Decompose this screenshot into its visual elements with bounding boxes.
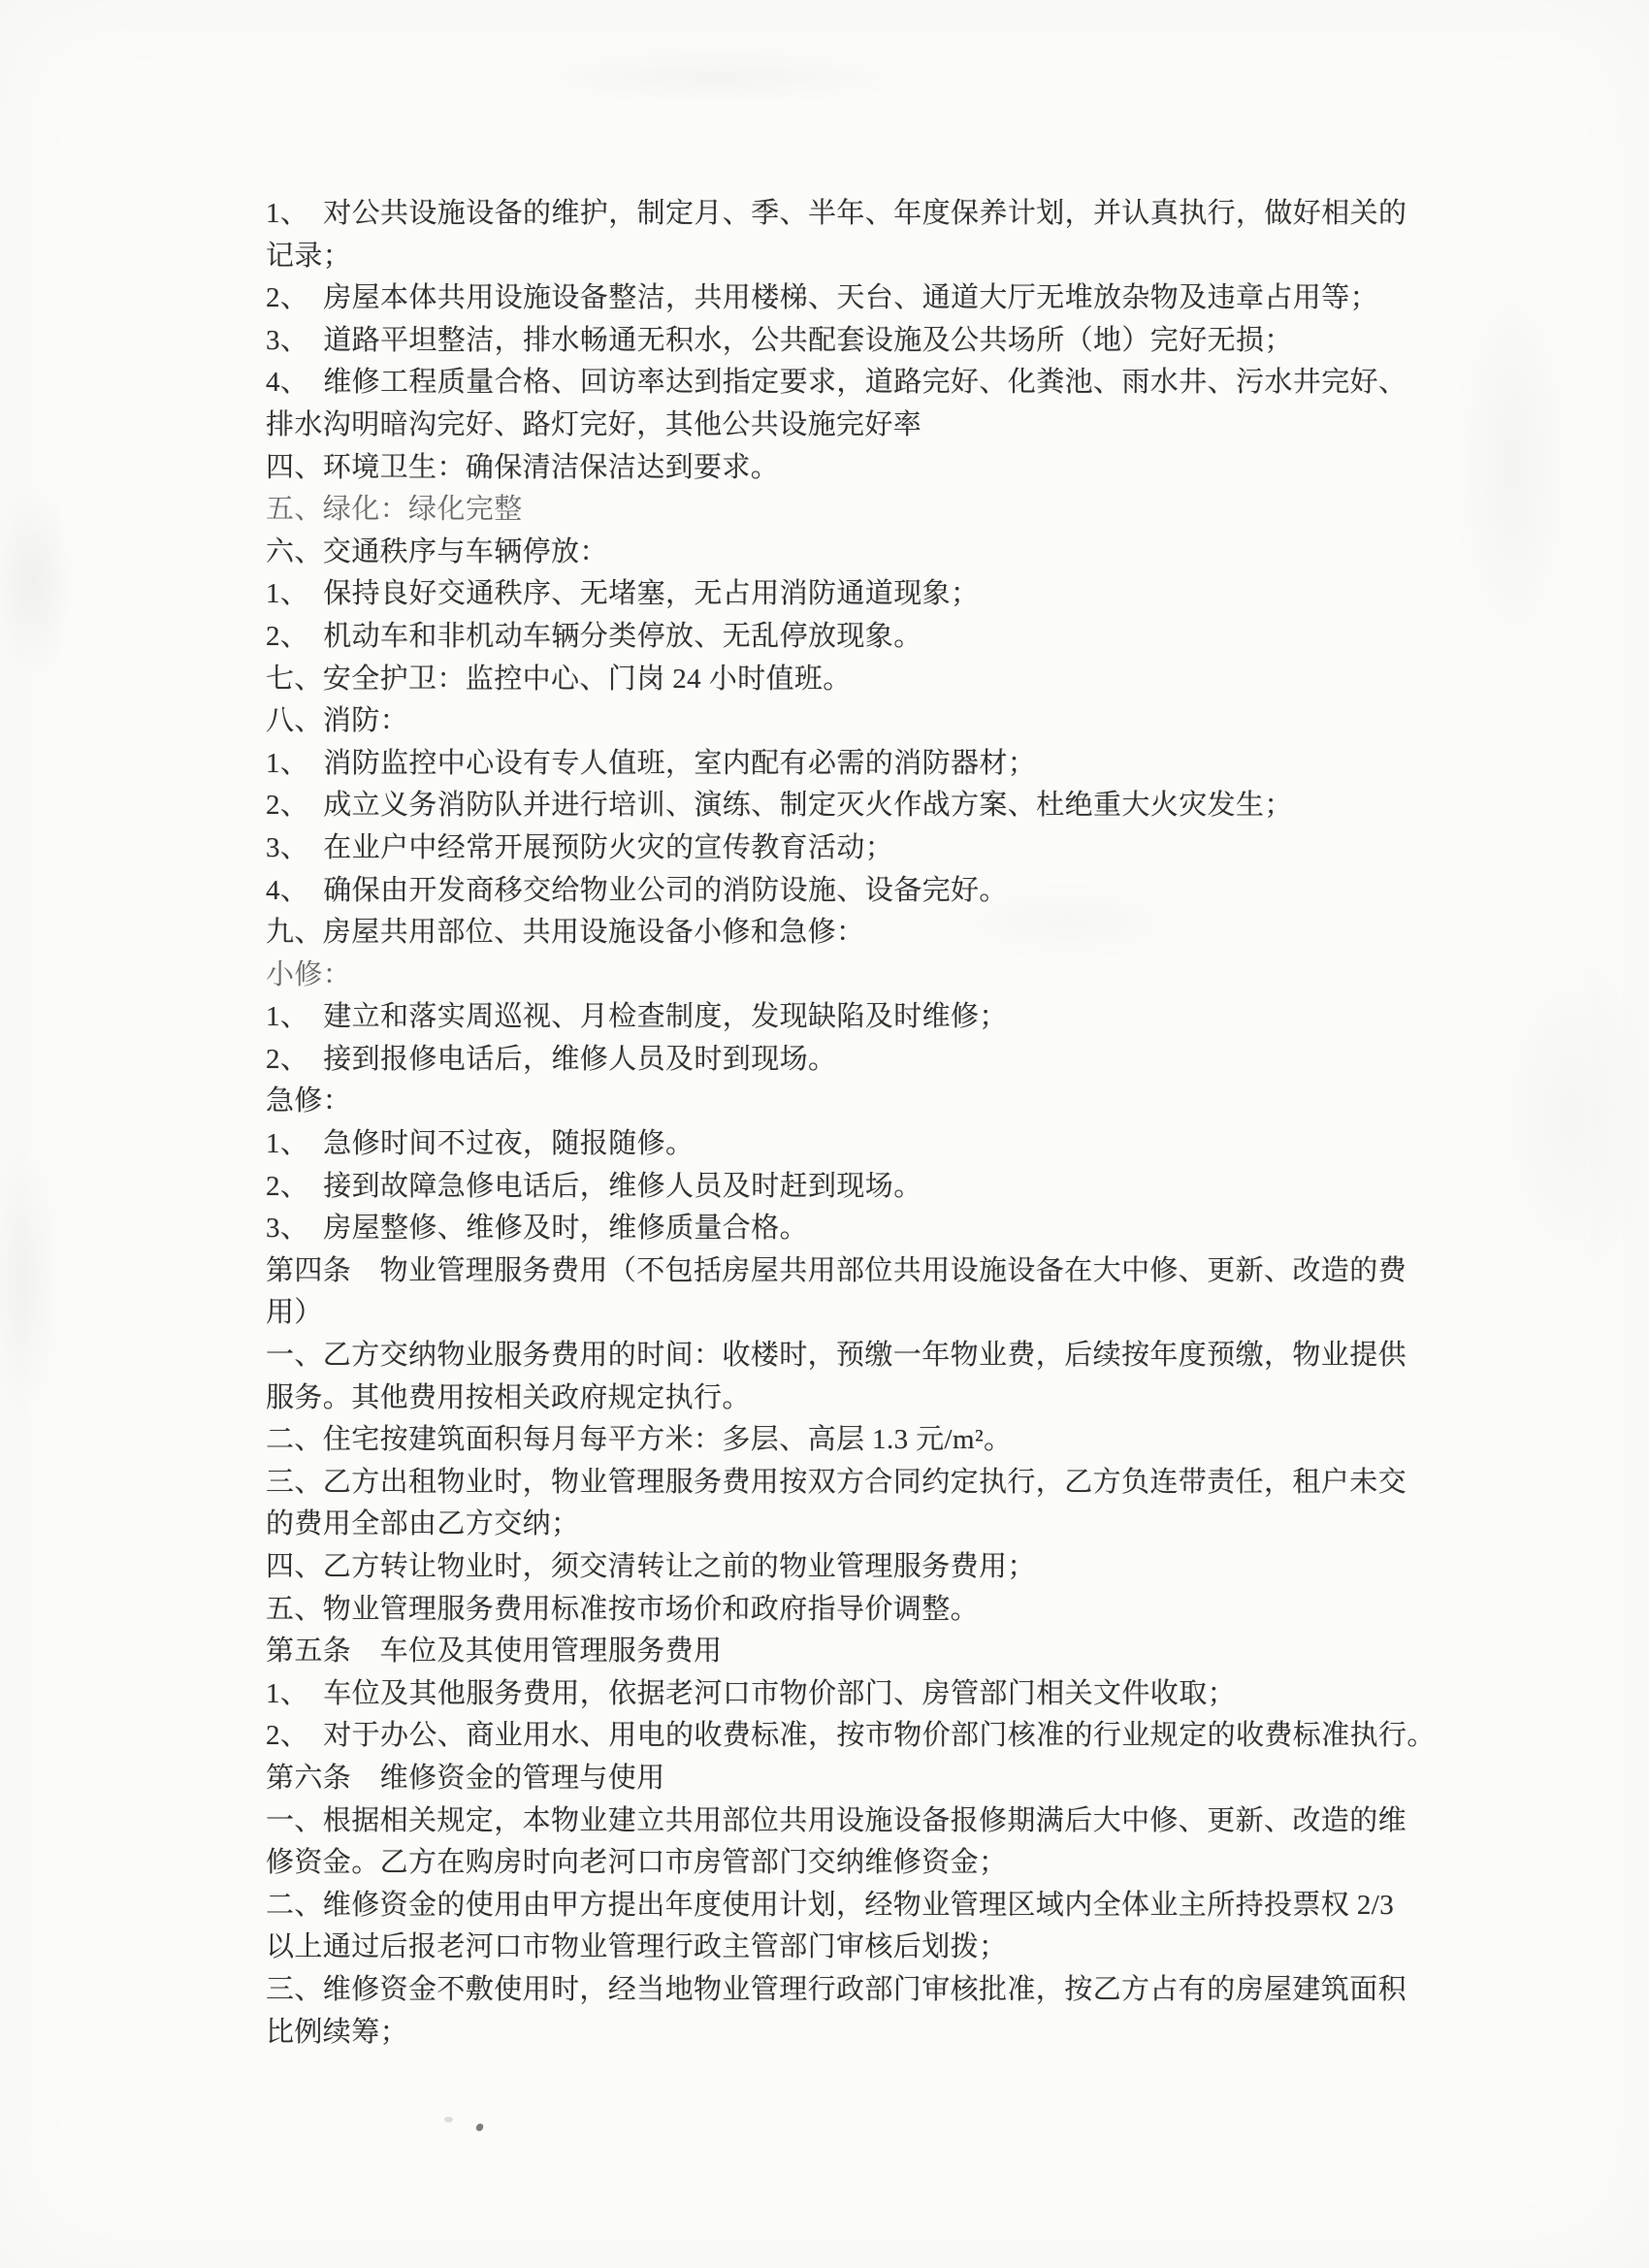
text-line-21: 2、 接到报修电话后，维修人员及时到现场。 bbox=[266, 1039, 1469, 1082]
text-line-10: 1、 保持良好交通秩序、无堵塞，无占用消防通道现象； bbox=[266, 573, 1469, 616]
text-line-44: 比例续筹； bbox=[266, 2012, 1469, 2055]
text-line-4: 3、 道路平坦整洁，排水畅通无积水，公共配套设施及公共场所（地）完好无损； bbox=[266, 320, 1469, 363]
text-line-38: 第六条 维修资金的管理与使用 bbox=[266, 1758, 1469, 1800]
text-line-18: 九、房屋共用部位、共用设施设备小修和急修： bbox=[266, 912, 1469, 955]
text-line-8: 五、绿化：绿化完整 bbox=[266, 489, 1469, 532]
text-line-2: 记录； bbox=[266, 236, 1469, 278]
text-line-43: 三、维修资金不敷使用时，经当地物业管理行政部门审核批准，按乙方占有的房屋建筑面积 bbox=[266, 1969, 1469, 2012]
text-line-14: 1、 消防监控中心设有专人值班，室内配有必需的消防器材； bbox=[266, 743, 1469, 786]
text-line-24: 2、 接到故障急修电话后，维修人员及时赶到现场。 bbox=[266, 1166, 1469, 1209]
text-line-11: 2、 机动车和非机动车辆分类停放、无乱停放现象。 bbox=[266, 616, 1469, 659]
text-line-6: 排水沟明暗沟完好、路灯完好，其他公共设施完好率 bbox=[266, 405, 1469, 447]
text-line-17: 4、 确保由开发商移交给物业公司的消防设施、设备完好。 bbox=[266, 870, 1469, 913]
text-line-36: 1、 车位及其他服务费用，依据老河口市物价部门、房管部门相关文件收取； bbox=[266, 1673, 1469, 1716]
text-line-1: 1、 对公共设施设备的维护，制定月、季、半年、年度保养计划，并认真执行，做好相关… bbox=[266, 193, 1469, 236]
text-line-12: 七、安全护卫：监控中心、门岗 24 小时值班。 bbox=[266, 659, 1469, 701]
text-line-16: 3、 在业户中经常开展预防火灾的宣传教育活动； bbox=[266, 827, 1469, 870]
text-line-29: 服务。其他费用按相关政府规定执行。 bbox=[266, 1377, 1469, 1420]
text-line-23: 1、 急修时间不过夜，随报随修。 bbox=[266, 1123, 1469, 1166]
text-line-27: 用） bbox=[266, 1292, 1469, 1335]
text-line-34: 五、物业管理服务费用标准按市场价和政府指导价调整。 bbox=[266, 1589, 1469, 1632]
text-line-15: 2、 成立义务消防队并进行培训、演练、制定灭火作战方案、杜绝重大火灾发生； bbox=[266, 785, 1469, 827]
text-line-22: 急修： bbox=[266, 1081, 1469, 1123]
text-line-3: 2、 房屋本体共用设施设备整洁，共用楼梯、天台、通道大厅无堆放杂物及违章占用等； bbox=[266, 277, 1469, 320]
text-line-33: 四、乙方转让物业时，须交清转让之前的物业管理服务费用； bbox=[266, 1546, 1469, 1589]
text-line-5: 4、 维修工程质量合格、回访率达到指定要求，道路完好、化粪池、雨水井、污水井完好… bbox=[266, 362, 1469, 405]
text-line-39: 一、根据相关规定，本物业建立共用部位共用设施设备报修期满后大中修、更新、改造的维 bbox=[266, 1800, 1469, 1843]
text-line-9: 六、交通秩序与车辆停放： bbox=[266, 532, 1469, 574]
text-line-7: 四、环境卫生：确保清洁保洁达到要求。 bbox=[266, 447, 1469, 490]
text-line-28: 一、乙方交纳物业服务费用的时间：收楼时，预缴一年物业费，后续按年度预缴，物业提供 bbox=[266, 1335, 1469, 1377]
text-line-41: 二、维修资金的使用由甲方提出年度使用计划，经物业管理区域内全体业主所持投票权 2… bbox=[266, 1885, 1469, 1928]
scanned-page: 1、 对公共设施设备的维护，制定月、季、半年、年度保养计划，并认真执行，做好相关… bbox=[0, 0, 1649, 2268]
text-line-20: 1、 建立和落实周巡视、月检查制度，发现缺陷及时维修； bbox=[266, 996, 1469, 1039]
text-line-42: 以上通过后报老河口市物业管理行政主管部门审核后划拨； bbox=[266, 1927, 1469, 1969]
text-line-35: 第五条 车位及其使用管理服务费用 bbox=[266, 1631, 1469, 1673]
text-line-30: 二、住宅按建筑面积每月每平方米：多层、高层 1.3 元/m²。 bbox=[266, 1419, 1469, 1462]
text-line-32: 的费用全部由乙方交纳； bbox=[266, 1504, 1469, 1546]
text-line-37: 2、 对于办公、商业用水、用电的收费标准，按市物价部门核准的行业规定的收费标准执… bbox=[266, 1715, 1469, 1758]
document-text: 1、 对公共设施设备的维护，制定月、季、半年、年度保养计划，并认真执行，做好相关… bbox=[266, 193, 1469, 2054]
text-line-40: 修资金。乙方在购房时向老河口市房管部门交纳维修资金； bbox=[266, 1842, 1469, 1885]
text-line-19: 小修： bbox=[266, 955, 1469, 997]
scan-smudge bbox=[444, 2117, 453, 2122]
scan-speck bbox=[475, 2122, 484, 2132]
text-line-26: 第四条 物业管理服务费用（不包括房屋共用部位共用设施设备在大中修、更新、改造的费 bbox=[266, 1250, 1469, 1293]
text-line-31: 三、乙方出租物业时，物业管理服务费用按双方合同约定执行，乙方负连带责任，租户未交 bbox=[266, 1462, 1469, 1505]
text-line-13: 八、消防： bbox=[266, 700, 1469, 743]
text-line-25: 3、 房屋整修、维修及时，维修质量合格。 bbox=[266, 1208, 1469, 1250]
